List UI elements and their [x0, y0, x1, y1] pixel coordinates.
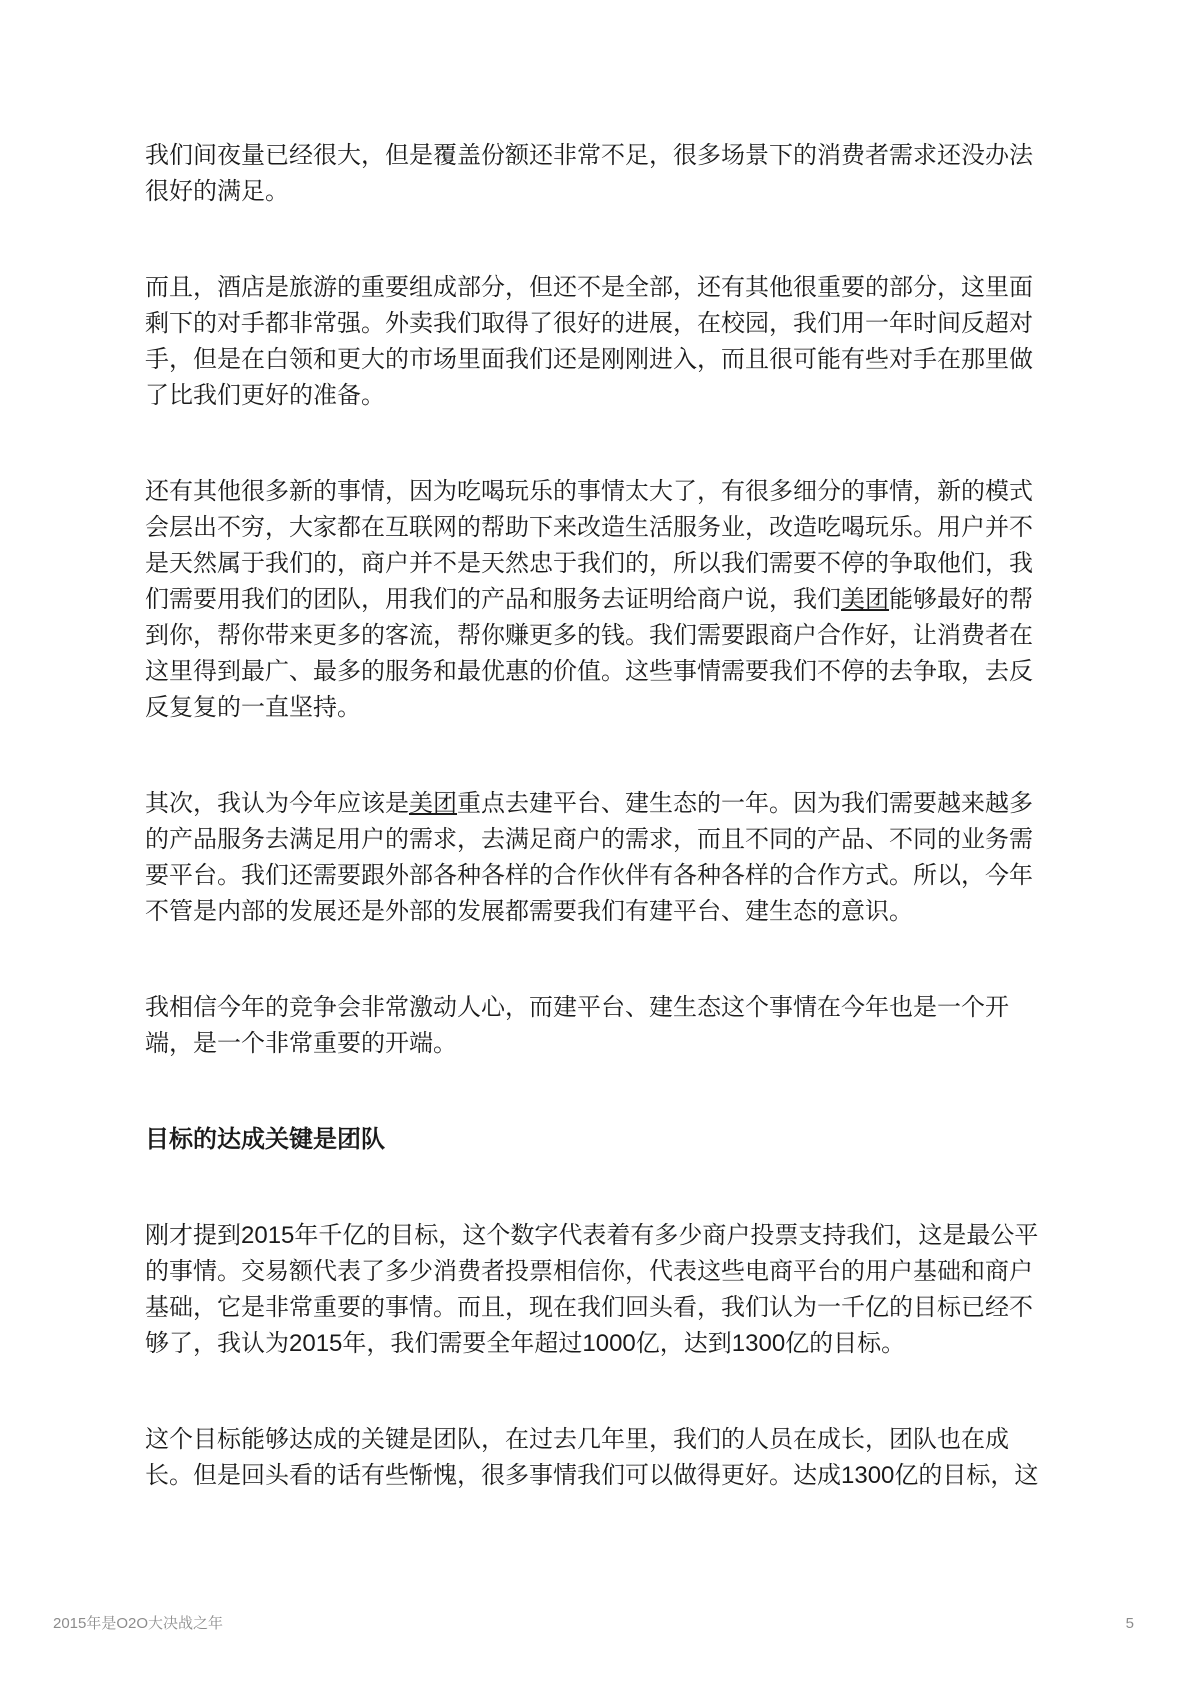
- text-run: 而且，酒店是旅游的重要组成部分，但还不是全部，还有其他很重要的部分，这里面剩下的…: [145, 274, 1033, 409]
- document-page: 我们间夜量已经很大，但是覆盖份额还非常不足，很多场景下的消费者需求还没办法很好的…: [0, 0, 1200, 1698]
- meituan-link[interactable]: 美团: [841, 586, 889, 613]
- paragraph-7: 这个目标能够达成的关键是团队，在过去几年里，我们的人员在成长，团队也在成长。但是…: [145, 1422, 1040, 1494]
- paragraph-6: 刚才提到2015年千亿的目标，这个数字代表着有多少商户投票支持我们，这是最公平的…: [145, 1218, 1040, 1362]
- text-run: 我相信今年的竞争会非常激动人心，而建平台、建生态这个事情在今年也是一个开端，是一…: [145, 994, 1009, 1057]
- page-footer: 2015年是O2O大决战之年 5: [53, 1614, 1134, 1634]
- document-body: 我们间夜量已经很大，但是覆盖份额还非常不足，很多场景下的消费者需求还没办法很好的…: [145, 138, 1040, 1554]
- page-number: 5: [1126, 1614, 1134, 1634]
- text-run: 目标的达成关键是团队: [145, 1126, 385, 1153]
- text-run: 刚才提到2015年千亿的目标，这个数字代表着有多少商户投票支持我们，这是最公平的…: [145, 1222, 1038, 1357]
- section-heading: 目标的达成关键是团队: [145, 1122, 1040, 1158]
- text-run: 这个目标能够达成的关键是团队，在过去几年里，我们的人员在成长，团队也在成长。但是…: [145, 1426, 1038, 1489]
- paragraph-1: 我们间夜量已经很大，但是覆盖份额还非常不足，很多场景下的消费者需求还没办法很好的…: [145, 138, 1040, 210]
- meituan-link[interactable]: 美团: [409, 790, 457, 817]
- text-run: 其次，我认为今年应该是: [145, 790, 409, 817]
- paragraph-2: 而且，酒店是旅游的重要组成部分，但还不是全部，还有其他很重要的部分，这里面剩下的…: [145, 270, 1040, 414]
- paragraph-5: 我相信今年的竞争会非常激动人心，而建平台、建生态这个事情在今年也是一个开端，是一…: [145, 990, 1040, 1062]
- text-run: 我们间夜量已经很大，但是覆盖份额还非常不足，很多场景下的消费者需求还没办法很好的…: [145, 142, 1033, 205]
- paragraph-3: 还有其他很多新的事情，因为吃喝玩乐的事情太大了，有很多细分的事情，新的模式会层出…: [145, 474, 1040, 726]
- paragraph-4: 其次，我认为今年应该是美团重点去建平台、建生态的一年。因为我们需要越来越多的产品…: [145, 786, 1040, 930]
- footer-document-title: 2015年是O2O大决战之年: [53, 1614, 223, 1634]
